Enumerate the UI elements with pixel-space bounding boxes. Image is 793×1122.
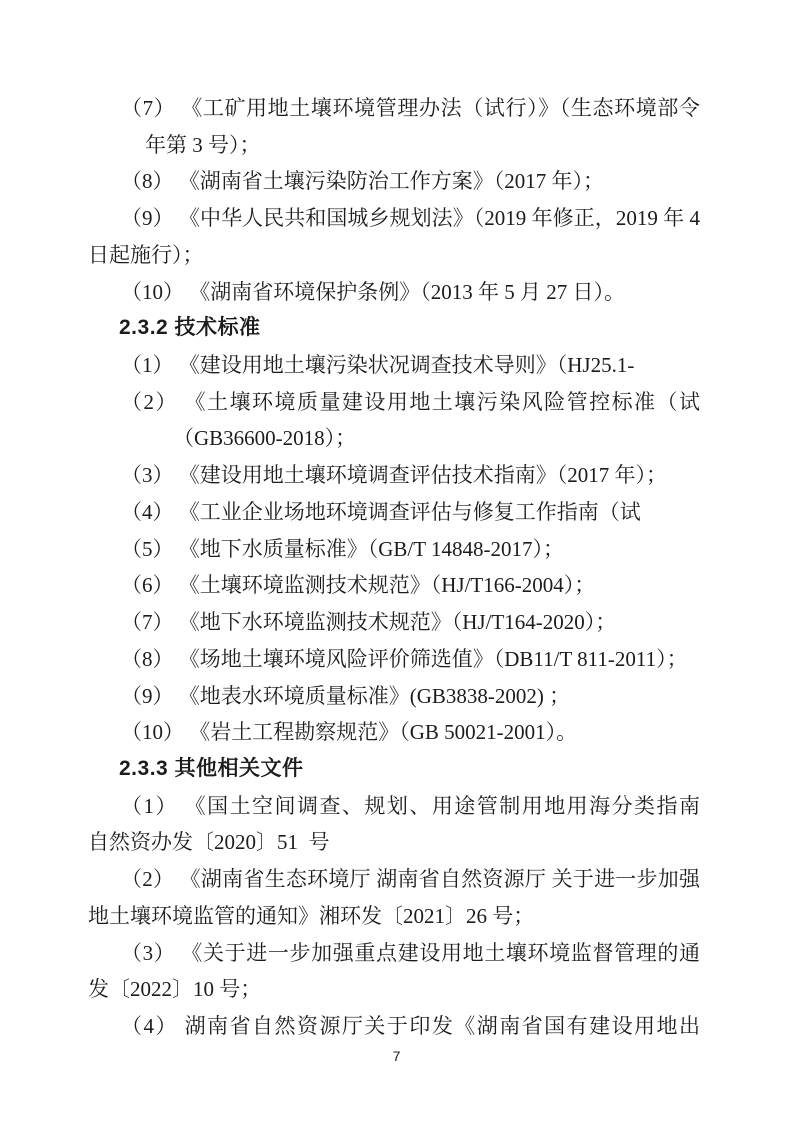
document-line: （8） 《湖南省土壤污染防治工作方案》（2017 年）；: [88, 163, 700, 200]
document-line: （10） 《岩土工程勘察规范》（GB 50021-2001）。: [88, 714, 700, 751]
document-line: （3） 《建设用地土壤环境调查评估技术指南》（2017 年）；: [88, 457, 700, 494]
document-line: （6） 《土壤环境监测技术规范》（HJ/T166-2004）；: [88, 567, 700, 604]
document-line: （10） 《湖南省环境保护条例》（2013 年 5 月 27 日）。: [88, 274, 700, 311]
document-content: （7） 《工矿用地土壤环境管理办法（试行）》（生态环境部令 2018 年第 3 …: [88, 90, 700, 1045]
document-line: （3） 《关于进一步加强重点建设用地土壤环境监督管理的通知》永环: [88, 935, 700, 972]
document-line: （7） 《地下水环境监测技术规范》（HJ/T164-2020）；: [88, 604, 700, 641]
document-line: （2） 《土壤环境质量建设用地土壤污染风险管控标准（试行）》: [88, 384, 700, 421]
section-heading: 2.3.2 技术标准: [88, 310, 700, 347]
document-line: （4） 《工业企业场地环境调查评估与修复工作指南（试行）》；: [88, 494, 700, 531]
page-number: 7: [0, 1048, 793, 1064]
document-line: （7） 《工矿用地土壤环境管理办法（试行）》（生态环境部令 2018: [88, 90, 700, 127]
document-line: 年第 3 号）；: [88, 127, 700, 164]
document-line: 日起施行）；: [88, 237, 700, 274]
document-line: 发〔2022〕10 号；: [88, 971, 700, 1008]
document-line: 地土壤环境监管的通知》湘环发〔2021〕26 号；: [88, 898, 700, 935]
document-line: （1） 《国土空间调查、规划、用途管制用地用海分类指南（试行）》: [88, 788, 700, 825]
document-line: （4） 湖南省自然资源厅关于印发《湖南省国有建设用地出让“净地”: [88, 1008, 700, 1045]
document-line: （5） 《地下水质量标准》（GB/T 14848-2017）；: [88, 531, 700, 568]
document-line: 自然资办发〔2020〕51 号: [88, 824, 700, 861]
document-line: （8） 《场地土壤环境风险评价筛选值》（DB11/T 811-2011）；: [88, 641, 700, 678]
section-heading: 2.3.3 其他相关文件: [88, 751, 700, 788]
document-line: （9） 《中华人民共和国城乡规划法》（2019 年修正，2019 年 4 月 2…: [88, 200, 700, 237]
document-page: （7） 《工矿用地土壤环境管理办法（试行）》（生态环境部令 2018 年第 3 …: [0, 0, 793, 1122]
document-line: （9） 《地表水环境质量标准》(GB3838-2002) ；: [88, 678, 700, 715]
document-line: （2） 《湖南省生态环境厅 湖南省自然资源厅 关于进一步加强建设用: [88, 861, 700, 898]
document-line: （GB36600-2018）；: [88, 420, 700, 457]
document-line: （1） 《建设用地土壤污染状况调查技术导则》（HJ25.1-2019）；: [88, 347, 700, 384]
